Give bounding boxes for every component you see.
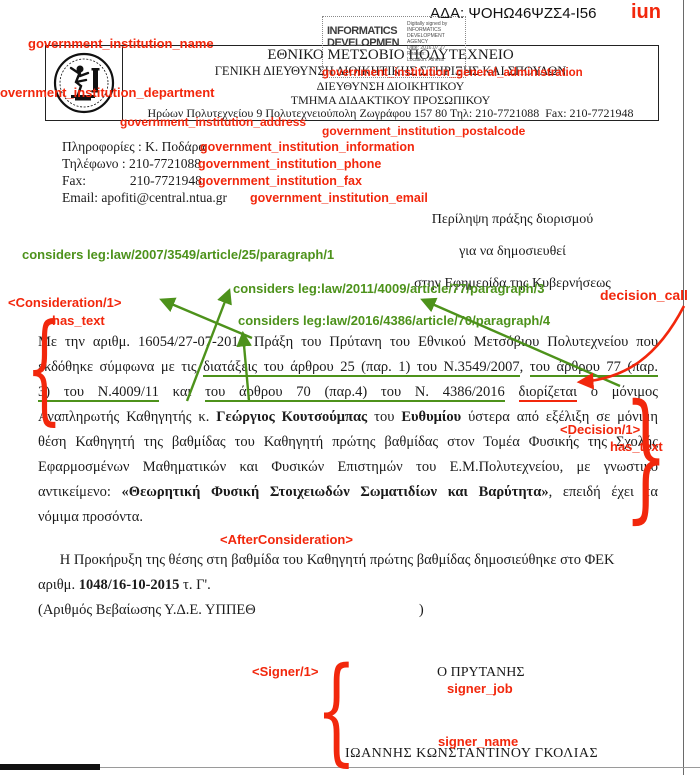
annotation-decision-call: decision_call — [600, 287, 688, 303]
annotation-government-institution-email: government_institution_email — [250, 191, 428, 205]
decision-brace: } — [624, 386, 668, 525]
annotation-government-institution-phone: government_institution_phone — [198, 157, 381, 171]
summary-line-2: για να δημοσιευθεί — [320, 244, 700, 260]
logo-cell — [46, 46, 123, 120]
stamp-details-text: Digitally signed by INFORMATICS DEVELOPM… — [407, 21, 463, 63]
signer-brace: { — [316, 653, 357, 769]
annotation-signer-name: signer_name — [438, 734, 518, 749]
summary-line-1: Περίληψη πράξης διορισμού — [320, 212, 700, 228]
annotation-government-institution-address: government_institution_address — [120, 115, 306, 129]
fek-publication-block: Η Προκήρυξη της θέσης στη βαθμίδα του Κα… — [38, 548, 658, 623]
annotation-government-institution-name: government_institution_name — [28, 36, 214, 51]
contact-information: Πληροφορίες : Κ. Ποδάρα — [62, 139, 205, 155]
annotation-considers-law-2007-3549: considers leg:law/2007/3549/article/25/p… — [22, 247, 334, 262]
stamp-agency-text: INFORMATICS DEVELOPMEN — [327, 25, 405, 49]
page-right-border — [683, 0, 684, 775]
summary-block: Περίληψη πράξης διορισμού για να δημοσιε… — [320, 212, 700, 292]
annotation-signer-tag: <Signer/1> — [252, 664, 318, 679]
annotation-signer-job: signer_job — [447, 681, 513, 696]
annotation-considers-law-2016-4386: considers leg:law/2016/4386/article/70/p… — [238, 313, 550, 328]
annotation-government-institution-fax: government_institution_fax — [198, 174, 362, 188]
annotation-government-institution-department: government_institution_department — [0, 85, 214, 100]
contact-email: Email: apofiti@central.ntua.gr — [62, 190, 227, 206]
annotation-consideration-tag: <Consideration/1> — [8, 295, 121, 310]
page-bottom-edge — [0, 764, 100, 770]
annotation-decision-tag: <Decision/1> — [560, 422, 640, 437]
annotation-after-consideration-tag: <AfterConsideration> — [220, 532, 353, 547]
annotation-considers-law-2011-4009: considers leg:law/2011/4009/article/77/p… — [233, 281, 544, 296]
contact-phone: Τηλέφωνο : 210-7721088 — [62, 156, 201, 172]
ntua-seal-logo — [53, 52, 115, 114]
annotation-government-institution-information: government_institution_information — [200, 140, 415, 154]
signer-job-title: Ο ΠΡΥΤΑΝΗΣ — [437, 665, 525, 681]
annotation-has-text-right: has_text — [610, 439, 663, 454]
annotated-government-document: { "colors": { "annotation_red": "#f2270c… — [0, 0, 700, 775]
corner-note: iun — [631, 1, 661, 24]
annotation-has-text-left: has_text — [52, 313, 105, 328]
contact-fax: Fax: 210-7721948 — [62, 173, 202, 189]
annotation-government-institution-general-administration: government_institution_general_administr… — [322, 67, 583, 79]
annotation-government-institution-postalcode: government_institution_postalcode — [322, 124, 525, 138]
